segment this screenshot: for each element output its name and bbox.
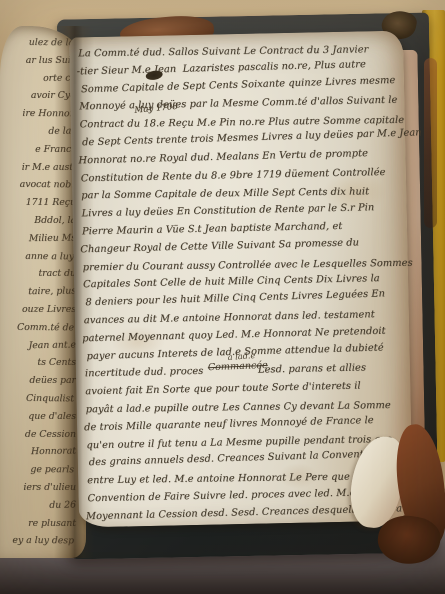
handwritten-line-fragment: Comm.té de — [0, 318, 74, 336]
photo-scene: ulez de laar lus Suivorte ceavoir Cydire… — [0, 0, 445, 594]
handwritten-line-fragment: e Francs — [0, 141, 76, 159]
handwritten-line-fragment: ey a luy desp — [0, 532, 74, 550]
handwritten-line-fragment: ir M.e aust. — [0, 159, 76, 177]
handwritten-line-fragment: Cinqualist — [0, 390, 74, 408]
handwritten-line-fragment: de las — [0, 122, 76, 141]
handwritten-line-fragment: taire, plus — [0, 283, 76, 302]
handwritten-line-fragment: ar lus Suiv — [0, 52, 76, 70]
handwritten-line-fragment: avoir Cyd — [0, 87, 76, 105]
handwritten-line-fragment: ge pearls — [0, 461, 74, 479]
handwritten-line-fragment: que d'ales — [0, 408, 76, 426]
right-page-text: La Comm.té dud. Sallos Suivant Le Contra… — [78, 39, 409, 528]
handwritten-line-fragment: ouze Livres — [0, 301, 76, 319]
handwritten-line-fragment: avocat nob. — [0, 176, 74, 194]
handwritten-line-fragment: Jean ant.e — [0, 336, 76, 355]
handwritten-line-fragment: anne a luy — [0, 247, 74, 265]
interlinear-insertion: a lad.e — [227, 350, 255, 362]
handwritten-line-fragment: Milieu Ms — [0, 229, 76, 248]
handwritten-line-fragment: ulez de la — [0, 34, 74, 52]
handwritten-line-fragment: Honnorat — [0, 443, 76, 462]
handwritten-line-fragment: re plusant — [0, 515, 76, 533]
handwritten-line-fragment: du 26 — [0, 496, 76, 515]
handwritten-line-fragment: orte ce — [0, 69, 76, 88]
handwritten-line-fragment: tract du — [0, 265, 76, 283]
struck-out-word: Commancée — [208, 360, 268, 373]
handwritten-line-fragment: ts Cents — [0, 354, 76, 372]
handwritten-line-fragment: 1711 Reçu — [0, 194, 76, 212]
leather-streak-edge — [424, 58, 437, 228]
handwritten-line-fragment: ire Honnor — [0, 105, 74, 123]
handwritten-line-fragment: de Cession — [0, 426, 76, 444]
left-page-text: ulez de laar lus Suivorte ceavoir Cydire… — [0, 34, 76, 558]
handwritten-line-fragment: Bddol, la — [0, 212, 76, 230]
handwritten-line-fragment: iers d'ulieu — [0, 479, 76, 497]
handwritten-line-fragment: deües par — [0, 372, 76, 390]
